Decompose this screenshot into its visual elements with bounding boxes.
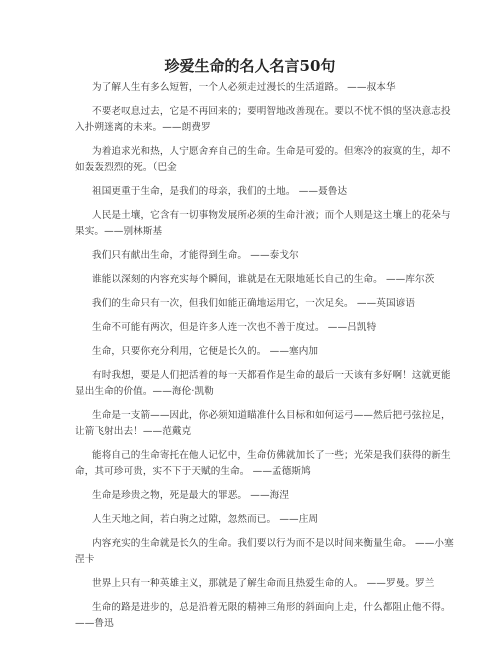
quote-13-line-1: 能将自己的生命寄托在他人记忆中，生命仿佛就加长了一些；光荣是我们获得的新生 bbox=[92, 450, 451, 462]
quote-3-line-1: 为着追求光和热，人宁愿舍弃自己的生命。生命是可爱的。但寒冷的寂寞的生，却不 bbox=[92, 146, 451, 158]
quote-16-line-2: 涅卡 bbox=[75, 554, 94, 566]
quote-5-line-2: 果实。——别林斯基 bbox=[75, 226, 162, 238]
quote-14-line-1: 生命是珍贵之物，死是最大的罪恶。 ——海涅 bbox=[92, 490, 289, 502]
quote-4-line-1: 祖国更重于生命，是我们的母亲，我们的土地。 ——聂鲁达 bbox=[92, 186, 347, 198]
quote-12-line-1: 生命是一支箭——因此，你必须知道瞄准什么目标和如何运弓——然后把弓弦拉足， bbox=[92, 410, 451, 422]
quote-2-line-1: 不要老叹息过去，它是不再回来的；要明智地改善现在。要以不忧不惧的坚决意志投 bbox=[92, 106, 451, 118]
quote-1-line-1: 为了解人生有多么短暂，一个人必须走过漫长的生活道路。 ——叔本华 bbox=[92, 82, 396, 94]
quote-13-line-2: 命，其可珍可贵，实不下于天赋的生命。 ——孟德斯鸠 bbox=[75, 466, 311, 478]
quote-9-line-1: 生命不可能有两次，但是许多人连一次也不善于度过。 ——吕凯特 bbox=[92, 322, 376, 334]
quote-10-line-1: 生命，只要你充分利用，它便是长久的。 ——塞内加 bbox=[92, 346, 318, 358]
quote-18-line-1: 生命的路是进步的，总是沿着无限的精神三角形的斜面向上走，什么都阻止他不得。 bbox=[92, 602, 451, 614]
quote-12-line-2: 让箭飞射出去！——范戴克 bbox=[75, 426, 191, 438]
quote-16-line-1: 内容充实的生命就是长久的生命。我们要以行为而不是以时间来衡量生命。 ——小塞 bbox=[92, 538, 454, 550]
quote-17-line-1: 世界上只有一种英雄主义，那就是了解生命而且热爱生命的人。 ——罗曼。罗兰 bbox=[92, 578, 434, 590]
quote-7-line-1: 谁能以深刻的内容充实每个瞬间，谁就是在无限地延长自己的生命。 ——库尔茨 bbox=[92, 274, 434, 286]
quote-3-line-2: 如轰轰烈烈的死。（巴金 bbox=[75, 162, 177, 174]
quote-6-line-1: 我们只有献出生命，才能得到生命。 ——泰戈尔 bbox=[92, 250, 299, 262]
quote-18-line-2: ——鲁迅 bbox=[75, 618, 114, 630]
quote-11-line-1: 有时我想，要是人们把活着的每一天都看作是生命的最后一天该有多好啊！这就更能 bbox=[92, 370, 451, 382]
quote-8-line-1: 我们的生命只有一次，但我们如能正确地运用它，一次足矣。 ——英国谚语 bbox=[92, 298, 415, 310]
quote-5-line-1: 人民是土壤，它含有一切事物发展所必须的生命汁液；而个人则是这土壤上的花朵与 bbox=[92, 210, 451, 222]
page-title: 珍爱生命的名人名言50句 bbox=[0, 55, 500, 76]
quote-11-line-2: 显出生命的价值。——海伦·凯勒 bbox=[75, 386, 214, 398]
quote-2-line-2: 入扑朔迷离的未来。——朗费罗 bbox=[75, 122, 211, 134]
quote-15-line-1: 人生天地之间，若白驹之过隙，忽然而已。 ——庄周 bbox=[92, 514, 318, 526]
